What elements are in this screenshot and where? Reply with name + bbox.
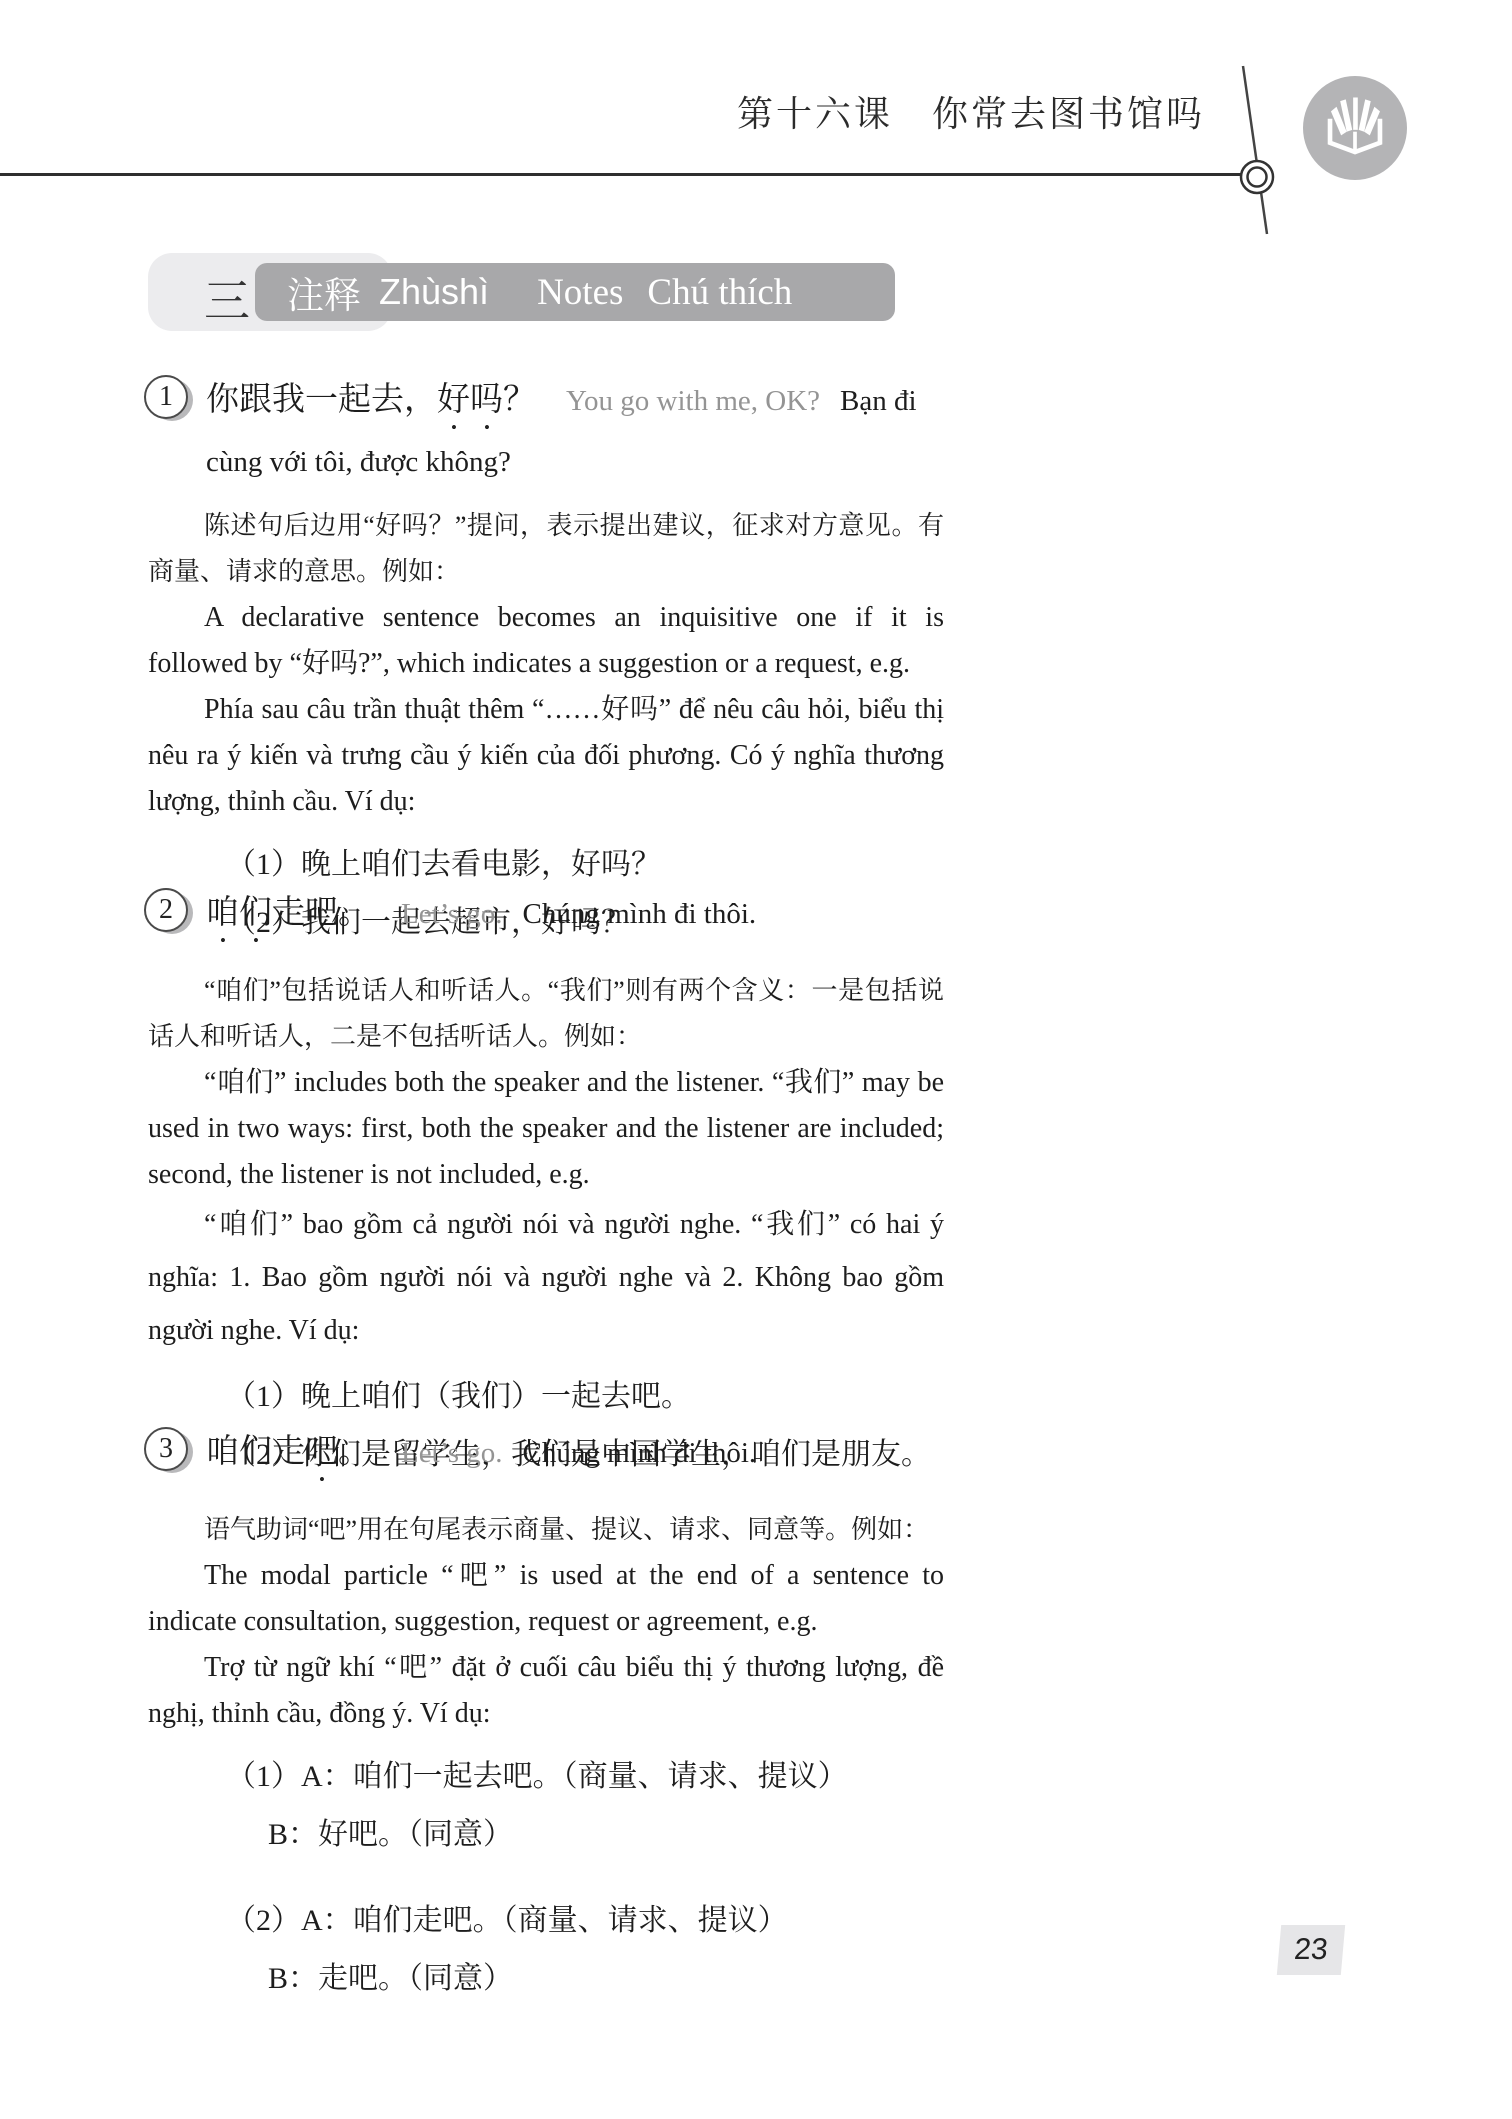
note-paragraph-cn: “咱们”包括说话人和听话人。“我们”则有两个含义：一是包括说话人和听话人，二是不… xyxy=(148,968,944,1060)
note-paragraph-cn: 陈述句后边用“好吗？”提问，表示提出建议，征求对方意见。有商量、请求的意思。例如… xyxy=(148,503,944,595)
note-number: 1 xyxy=(144,375,188,419)
example-line-a: （2）A：咱们走吧。（商量、请求、提议） xyxy=(148,1895,944,1947)
note-heading-en: You go with me, OK? xyxy=(566,385,820,417)
section-number: 三 xyxy=(204,265,250,331)
note-number-badge: 2 xyxy=(144,888,192,936)
section-title-en: Notes xyxy=(537,271,623,314)
page-number: 23 xyxy=(1277,1925,1345,1975)
note-1-heading: 1 你跟我一起去，好吗？ You go with me, OK? Bạn đi … xyxy=(148,376,944,485)
note-paragraph-en: A declarative sentence becomes an inquis… xyxy=(148,595,944,687)
example-line-b: B：走吧。（同意） xyxy=(148,1953,944,2005)
note-paragraph-vi: Phía sau câu trần thuật thêm “……好吗” để n… xyxy=(148,687,944,825)
note-heading-en: Let’s go. xyxy=(401,898,503,930)
section-title-bar: 注释 Zhùshì Notes Chú thích xyxy=(255,263,895,321)
emphasis-dots-text: 咱们 xyxy=(206,895,272,931)
emphasis-dots-text: 好吗 xyxy=(437,382,503,418)
example-line: （1）晚上咱们（我们）一起去吧。 xyxy=(148,1371,944,1423)
note-1: 1 你跟我一起去，好吗？ You go with me, OK? Bạn đi … xyxy=(148,376,944,949)
note-heading-cn: 咱们走吧。 xyxy=(206,895,371,931)
emphasis-dots-text: 吧 xyxy=(305,1434,338,1470)
section-title-cn: 注释 xyxy=(287,265,361,319)
note-paragraph-cn: 语气助词“吧”用在句尾表示商量、提议、请求、同意等。例如： xyxy=(148,1507,944,1553)
note-3-heading: 3 咱们走吧。 Let’s go. Chúng mình đi thôi. xyxy=(148,1428,944,1489)
section-header: 三 注释 Zhùshì Notes Chú thích xyxy=(148,253,908,333)
note-paragraph-vi: “咱们” bao gồm cả người nói và người nghe.… xyxy=(148,1198,944,1357)
note-number-badge: 1 xyxy=(144,375,192,423)
note-number: 3 xyxy=(144,1427,188,1471)
note-number: 2 xyxy=(144,888,188,932)
note-heading-cn: 咱们走吧。 xyxy=(206,1434,371,1470)
textbook-page: 第十六课 你常去图书馆吗 三 注释 Zhùshì Notes Ch xyxy=(0,0,1512,2119)
example-line-a: （1）A：咱们一起去吧。（商量、请求、提议） xyxy=(148,1751,944,1803)
header-rule xyxy=(0,173,1247,176)
note-3: 3 咱们走吧。 Let’s go. Chúng mình đi thôi. 语气… xyxy=(148,1428,944,2005)
diagonal-line-with-ring-icon xyxy=(1213,28,1313,258)
example-line-b: B：好吧。（同意） xyxy=(148,1809,944,1861)
note-paragraph-vi: Trợ từ ngữ khí “吧” đặt ở cuối câu biểu t… xyxy=(148,1645,944,1737)
note-paragraph-en: The modal particle “吧” is used at the en… xyxy=(148,1553,944,1645)
section-title-vi: Chú thích xyxy=(647,271,792,314)
note-2-heading: 2 咱们走吧。 Let’s go. Chúng mình đi thôi. xyxy=(148,889,944,950)
open-book-icon xyxy=(1318,91,1392,165)
publisher-logo xyxy=(1303,76,1407,180)
note-heading-en: Let’s go. xyxy=(401,1437,503,1469)
note-2: 2 咱们走吧。 Let’s go. Chúng mình đi thôi. “咱… xyxy=(148,889,944,1481)
note-heading-vi: Chúng mình đi thôi. xyxy=(523,898,757,930)
note-heading-cn: 你跟我一起去，好吗？ xyxy=(206,382,536,418)
note-heading-vi: Chúng mình đi thôi. xyxy=(523,1437,757,1469)
lesson-header-title: 第十六课 你常去图书馆吗 xyxy=(0,86,1205,137)
section-title-pinyin: Zhùshì xyxy=(379,271,489,313)
note-paragraph-en: “咱们” includes both the speaker and the l… xyxy=(148,1060,944,1198)
example-line: （1）晚上咱们去看电影，好吗？ xyxy=(148,839,944,891)
note-number-badge: 3 xyxy=(144,1427,192,1475)
